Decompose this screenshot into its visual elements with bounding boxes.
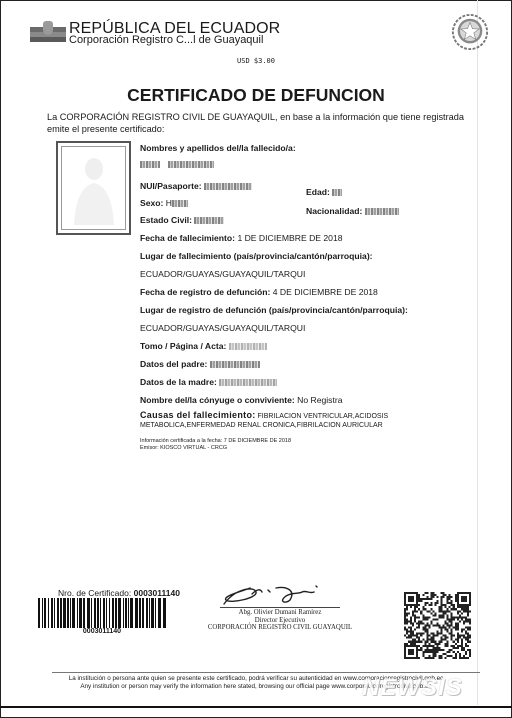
reg-place-label: Lugar de registro de defunción (país/pro… [140,305,408,315]
civil-label: Estado Civil: [140,215,192,225]
spouse-value: No Registra [297,395,342,405]
qr-code-icon [404,592,471,659]
certificate-number: Nro. de Certificado: 0003011140 [58,588,180,598]
spouse-label: Nombre del/la cónyuge o conviviente: [140,395,295,405]
ecuador-flag-icon [30,27,66,42]
intro-text: La CORPORACIÓN REGISTRO CIVIL DE GUAYAQU… [47,111,477,135]
nationality-row: Nacionalidad: [306,206,399,216]
barcode-number: 0003011140 [38,628,166,635]
redacted-age [332,189,342,196]
civil-row: Estado Civil: [140,215,224,225]
redacted-nationality [365,208,399,215]
redacted-father [210,361,260,368]
reg-date-label: Fecha de registro de defunción: [140,287,270,297]
reg-date-value: 4 DE DICIEMBRE DE 2018 [273,287,378,297]
signer-org: CORPORACIÓN REGISTRO CIVIL GUAYAQUIL [200,624,360,632]
signer-name: Abg. Olivier Dumani Ramírez [200,609,360,617]
document-title: CERTIFICADO DE DEFUNCION [0,85,512,106]
father-row: Datos del padre: [140,359,260,369]
cert-no-value: 0003011140 [134,588,180,598]
institution-name: Corporación Registro C...l de Guayaquil [69,35,263,46]
signer-block: Abg. Olivier Dumani Ramírez Director Eje… [200,609,360,632]
issuer: Emisor: KIOSCO VIRTUAL - CRCG [140,445,227,452]
mother-label: Datos de la madre: [140,377,217,387]
redacted-mother [219,379,277,386]
redacted-sex [172,200,188,207]
nui-label: NUI/Pasaporte: [140,181,202,191]
father-label: Datos del padre: [140,359,207,369]
signature-icon [216,582,326,610]
reg-date-row: Fecha de registro de defunción: 4 DE DIC… [140,287,378,297]
death-place-label: Lugar de fallecimiento (país/provincia/c… [140,251,373,261]
death-date-value: 1 DE DICIEMBRE DE 2018 [237,233,342,243]
tomo-row: Tomo / Página / Acta: [140,341,267,351]
tomo-label: Tomo / Página / Acta: [140,341,226,351]
footer-divider [52,672,480,673]
redacted-last-name [168,161,214,168]
death-place-value: ECUADOR/GUAYAS/GUAYAQUIL/TARQUI [140,269,305,279]
mother-row: Datos de la madre: [140,377,277,387]
watermark: NEWSIS [362,674,463,702]
cause-block: Causas del fallecimiento: FIBRILACION VE… [140,411,480,430]
portrait-placeholder-icon [56,141,131,235]
redacted-tomo [229,343,267,350]
nationality-label: Nacionalidad: [306,206,362,216]
cause-label: Causas del fallecimiento: [140,410,256,420]
certified-date: Información certificada a la fecha: 7 DE… [140,438,291,445]
nui-row: NUI/Pasaporte: [140,181,252,191]
spouse-row: Nombre del/la cónyuge o conviviente: No … [140,395,343,405]
redacted-civil [194,217,224,224]
deceased-name [140,159,214,169]
sex-label: Sexo: [140,198,163,208]
death-date-label: Fecha de fallecimiento: [140,233,235,243]
price-label: USD $3.00 [0,57,512,65]
cert-no-label: Nro. de Certificado: [58,588,131,598]
age-label: Edad: [306,187,330,197]
barcode-icon [38,598,166,628]
signer-title: Director Ejecutivo [200,617,360,625]
signature-line [220,607,340,608]
sex-row: Sexo: H [140,198,188,208]
reg-place-value: ECUADOR/GUAYAS/GUAYAQUIL/TARQUI [140,323,305,333]
name-label: Nombres y apellidos del/la fallecido/a: [140,143,296,153]
redacted-first-name [140,161,160,168]
age-row: Edad: [306,187,342,197]
death-date-row: Fecha de fallecimiento: 1 DE DICIEMBRE D… [140,233,343,243]
bottom-border [0,706,512,708]
redacted-nui [204,183,252,190]
star-seal-icon [451,13,489,51]
